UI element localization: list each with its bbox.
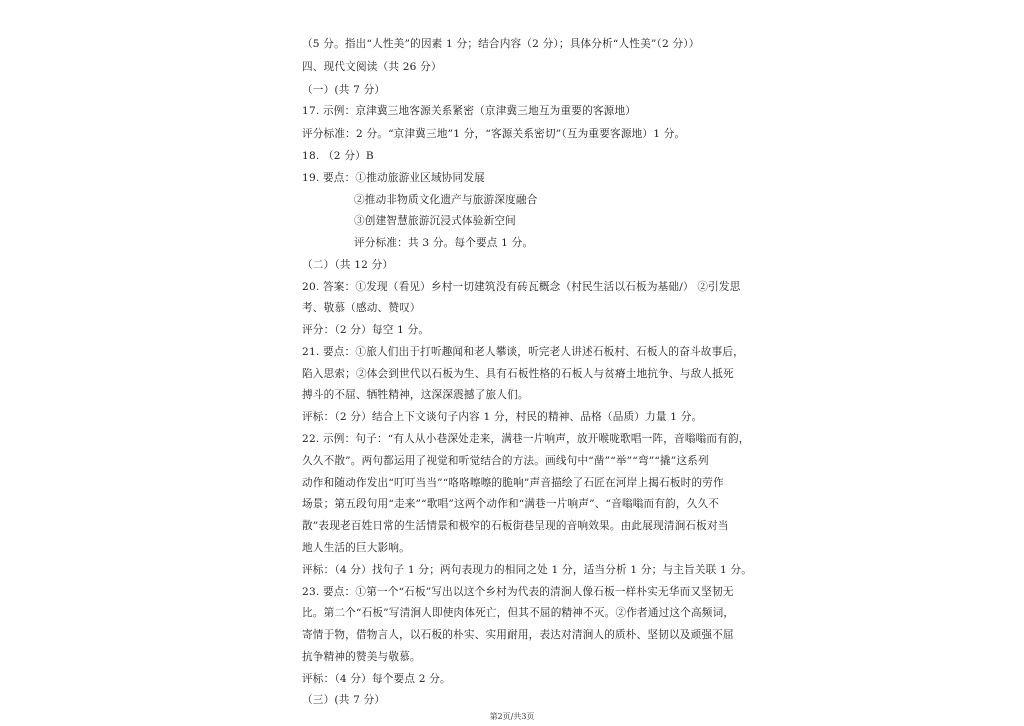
text-line: 四、现代文阅读（共 26 分） [302, 60, 442, 74]
text-line: 评分标准：2 分。“京津冀三地”1 分，“客源关系密切”（互为重要客源地）1 分… [302, 127, 685, 141]
document-page: （5 分。指出“人性美”的因素 1 分；结合内容（2 分）；具体分析“人性美”（… [0, 0, 1024, 726]
text-line: 18. （2 分）B [302, 149, 374, 163]
text-line: 场景；第五段句用“走来”“歌唱”这两个动作和“满巷一片响声”、“音嗡嗡而有韵，久… [302, 497, 719, 511]
text-line: 17. 示例：京津冀三地客源关系紧密（京津冀三地互为重要的客源地） [302, 104, 636, 118]
text-line: 比。第二个“石板”写清涧人即使肉体死亡，但其不屈的精神不灭。②作者通过这个高频词… [302, 606, 734, 620]
text-line: 20. 答案：①发现（看见）乡村一切建筑没有砖瓦概念（村民生活以石板为基础/） … [302, 280, 741, 294]
text-line: 评标：（2 分）结合上下文谈句子内容 1 分，村民的精神、品格（品质）力量 1 … [302, 410, 702, 424]
text-line: 评标：（4 分）找句子 1 分；两句表现力的相同之处 1 分，适当分析 1 分；… [302, 563, 752, 577]
text-line: （一）(共 7 分） [302, 83, 385, 97]
text-line: 22. 示例：句子：“有人从小巷深处走来，满巷一片响声，放开喉咙歌唱一阵，音嗡嗡… [302, 432, 750, 446]
text-line: （二）（共 12 分） [302, 258, 393, 272]
text-line: 评分标准：共 3 分。每个要点 1 分。 [354, 236, 533, 250]
text-line: 散”表现老百姓日常的生活情景和极窄的石板街巷呈现的音响效果。由此展现清涧石板对当 [302, 519, 729, 533]
text-line: 地人生活的巨大影响。 [302, 541, 410, 555]
text-line: 久久不散”。两句都运用了视觉和听觉结合的方法。画线句中“凿”“举”“弯”“撬”这… [302, 454, 709, 468]
text-line: （三）(共 7 分） [302, 693, 385, 707]
text-line: 考、敬慕（感动、赞叹） [302, 301, 421, 315]
text-line: 陷入思索；②体会到世代以石板为生、具有石板性格的石板人与贫瘠土地抗争、与敌人抵死 [302, 367, 734, 381]
page-footer: 第2页/共3页 [0, 711, 1024, 722]
text-line: 搏斗的不屈、牺牲精神，这深深震撼了旅人们。 [302, 388, 529, 402]
text-line: 21. 要点：①旅人们出于打听趣闻和老人攀谈，听完老人讲述石板村、石板人的奋斗故… [302, 345, 744, 359]
text-line: 23. 要点：①第一个“石板”写出以这个乡村为代表的清涧人像石板一样朴实无华而又… [302, 585, 734, 599]
text-line: 寄情于物，借物言人，以石板的朴实、实用耐用，表达对清涧人的质朴、坚韧以及顽强不屈 [302, 628, 734, 642]
text-line: （5 分。指出“人性美”的因素 1 分；结合内容（2 分）；具体分析“人性美”（… [302, 37, 700, 51]
text-line: 评标：（4 分）每个要点 2 分。 [302, 672, 451, 686]
text-line: ②推动非物质文化遗产与旅游深度融合 [354, 193, 538, 207]
text-line: 评分：（2 分）每空 1 分。 [302, 323, 429, 337]
text-line: 动作和随动作发出“叮叮当当”“咯咯嚓嚓的脆响”声音描绘了石匠在河岸上揭石板时的劳… [302, 476, 724, 490]
text-line: ③创建智慧旅游沉浸式体验新空间 [354, 214, 516, 228]
text-line: 抗争精神的赞美与敬慕。 [302, 650, 421, 664]
text-line: 19. 要点：①推动旅游业区域协同发展 [302, 171, 485, 185]
